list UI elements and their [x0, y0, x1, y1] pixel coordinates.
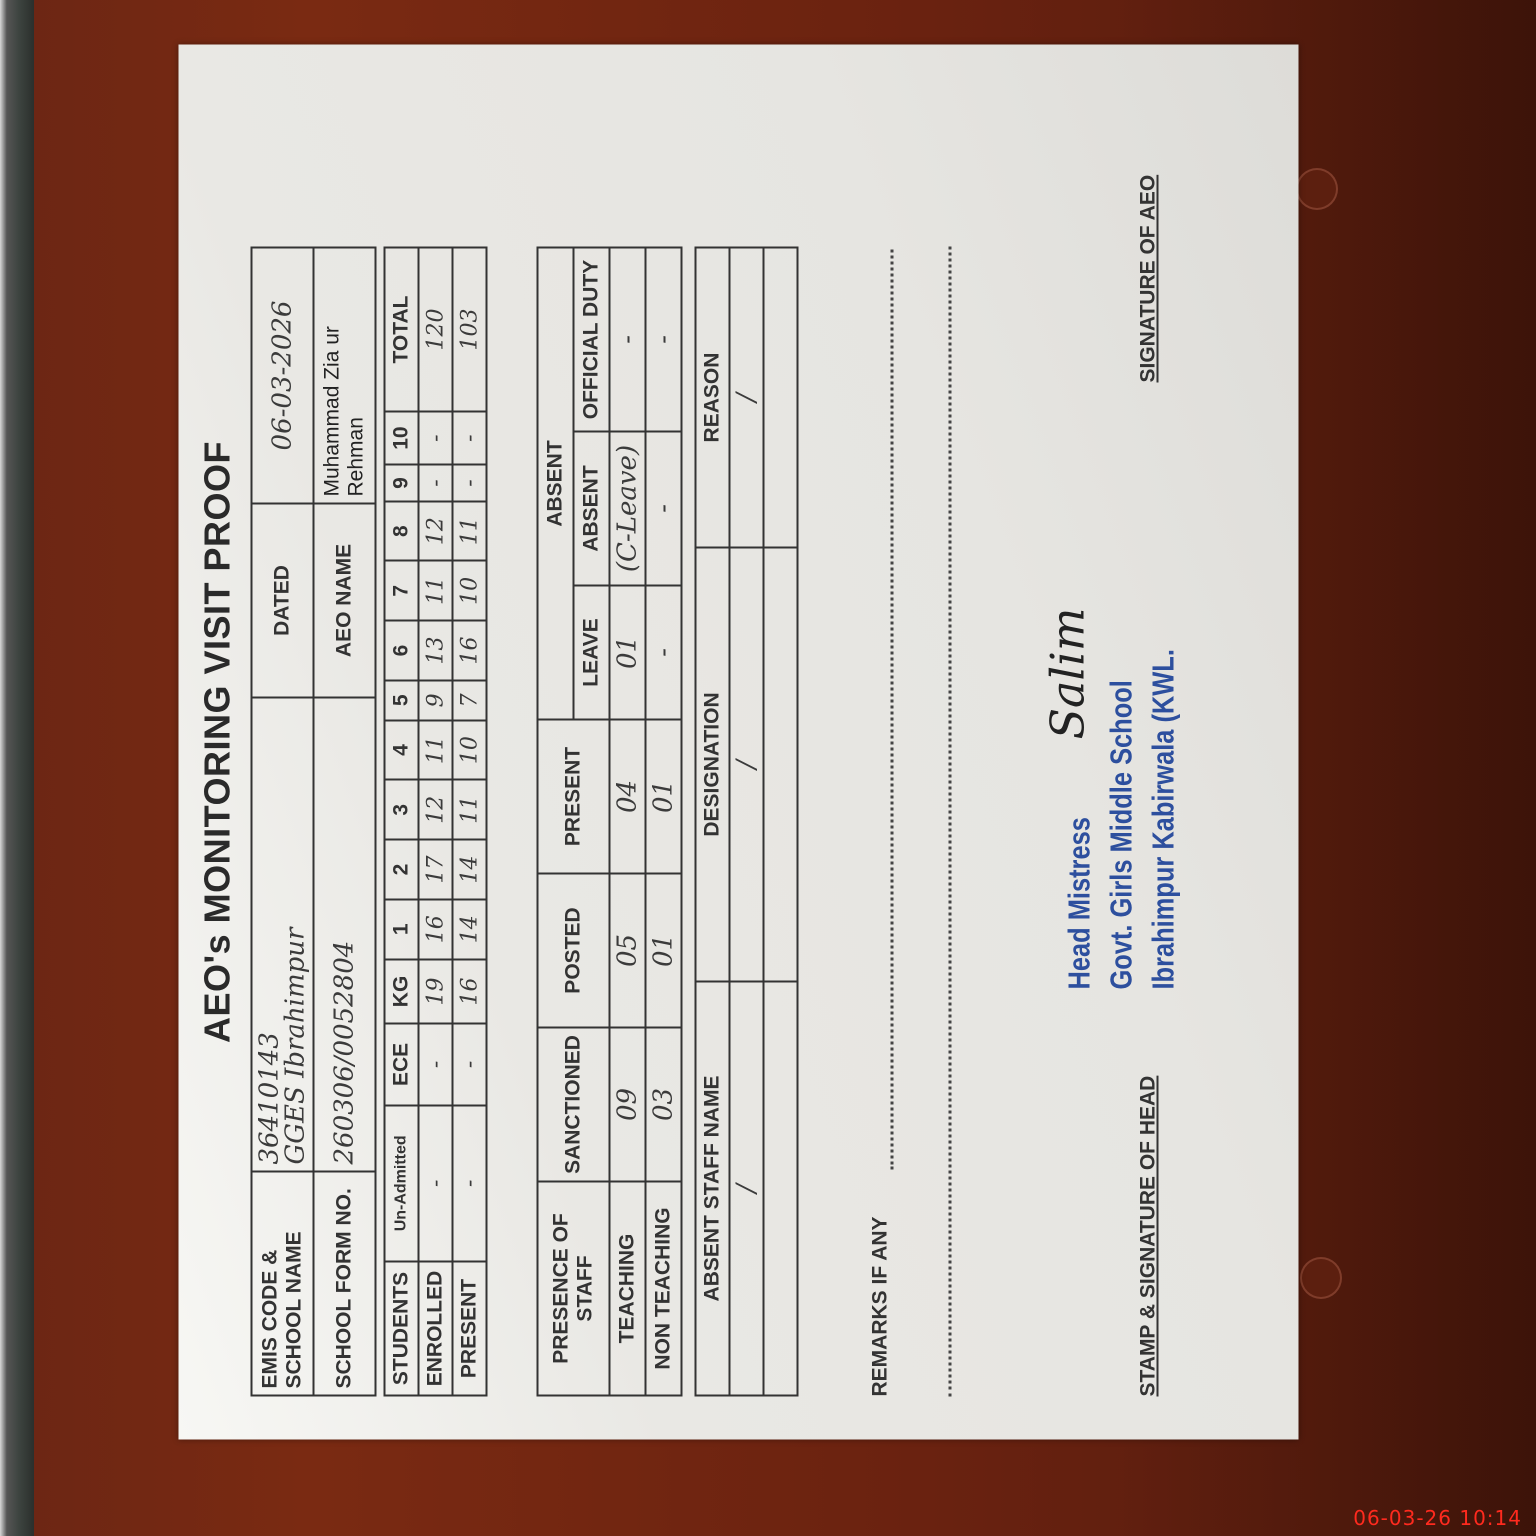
students-cell: 19: [419, 959, 453, 1024]
absent-col-reason: REASON: [696, 248, 730, 548]
school-form-value: 260306/0052804: [314, 698, 376, 1172]
staff-col-posted: POSTED: [538, 874, 610, 1028]
emis-label: EMIS CODE & SCHOOL NAME: [252, 1172, 314, 1396]
students-cell: 11: [453, 501, 487, 561]
absent-name-cell: [764, 982, 798, 1396]
table-row: [764, 248, 798, 1396]
staff-col-sanctioned: SANCTIONED: [538, 1028, 610, 1182]
students-col-header: ECE: [385, 1024, 419, 1105]
absent-reason-cell: [764, 248, 798, 548]
clipboard-rivet: [1296, 168, 1338, 210]
aeo-name-label: AEO NAME: [314, 504, 376, 698]
students-cell: -: [453, 465, 487, 502]
students-row-label: ENROLLED: [419, 1262, 453, 1396]
staff-sanctioned: 03: [646, 1028, 682, 1182]
absent-designation-cell: /: [730, 548, 764, 982]
staff-col-present: PRESENT: [538, 720, 610, 874]
students-cell: 17: [419, 840, 453, 900]
table-row: / / /: [730, 248, 764, 1396]
staff-leave: 01: [610, 586, 646, 720]
students-col-header: 1: [385, 899, 419, 959]
staff-present: 01: [646, 720, 682, 874]
students-cell: 10: [453, 720, 487, 780]
students-col-header: TOTAL: [385, 248, 419, 412]
students-cell: 7: [453, 680, 487, 720]
students-cell: -: [419, 465, 453, 502]
school-name: GGES Ibrahimpur: [281, 928, 311, 1165]
students-col-header: 4: [385, 720, 419, 780]
absent-staff-table: ABSENT STAFF NAME DESIGNATION REASON / /…: [695, 247, 799, 1397]
staff-row-label: NON TEACHING: [646, 1182, 682, 1396]
students-col-header: Un-Admitted: [385, 1105, 419, 1261]
staff-row: NON TEACHING 03 01 01 - - -: [646, 248, 682, 1396]
staff-col-absent: ABSENT: [538, 248, 574, 720]
clipboard-edge: [0, 0, 34, 1536]
staff-sanctioned: 09: [610, 1028, 646, 1182]
dated-label: DATED: [252, 504, 314, 698]
stamp-line: Ibrahimpur Kabirwala (KWL.: [1143, 649, 1185, 989]
students-col-header: 2: [385, 840, 419, 900]
students-row: PRESENT--16141411107161011--103: [453, 248, 487, 1396]
students-cell: 16: [419, 899, 453, 959]
students-cell: 16: [453, 959, 487, 1024]
aeo-name-value: Muhammad Zia ur Rehman: [314, 248, 376, 504]
remarks-label: REMARKS IF ANY: [869, 1216, 893, 1396]
absent-designation-cell: [764, 548, 798, 982]
stamp-line: Govt. Girls Middle School: [1101, 649, 1143, 989]
staff-official-duty: -: [610, 248, 646, 432]
students-col-header: KG: [385, 959, 419, 1024]
staff-absent: (C-Leave): [610, 432, 646, 586]
students-cell: 9: [419, 680, 453, 720]
students-cell: -: [453, 412, 487, 465]
dated-value: 06-03-2026: [252, 248, 314, 504]
students-cell: -: [419, 1024, 453, 1105]
staff-row-label: TEACHING: [610, 1182, 646, 1396]
staff-subcol-absent: ABSENT: [574, 432, 610, 586]
staff-table: PRESENCE OF STAFF SANCTIONED POSTED PRES…: [537, 247, 683, 1397]
students-col-header: 9: [385, 465, 419, 502]
students-cell: -: [419, 1105, 453, 1261]
staff-posted: 05: [610, 874, 646, 1028]
students-cell: 14: [453, 840, 487, 900]
students-row: ENROLLED--19161712119131112--120: [419, 248, 453, 1396]
students-cell: 10: [453, 561, 487, 621]
absent-col-name: ABSENT STAFF NAME: [696, 982, 730, 1396]
school-form-label: SCHOOL FORM NO.: [314, 1172, 376, 1396]
clipboard-rivet: [1300, 1257, 1342, 1299]
students-col-header: STUDENTS: [385, 1262, 419, 1396]
absent-name-cell: /: [730, 982, 764, 1396]
students-cell: 103: [453, 248, 487, 412]
staff-posted: 01: [646, 874, 682, 1028]
remarks-line: [891, 250, 894, 1170]
remarks-line: [949, 247, 952, 1397]
students-row-label: PRESENT: [453, 1262, 487, 1396]
students-cell: 11: [419, 561, 453, 621]
head-signature: Salim: [1041, 608, 1095, 740]
staff-absent: -: [646, 432, 682, 586]
form-paper: AEO's MONITORING VISIT PROOF EMIS CODE &…: [179, 45, 1299, 1440]
school-info-table: EMIS CODE & SCHOOL NAME 36410143 GGES Ib…: [251, 247, 377, 1397]
students-cell: 120: [419, 248, 453, 412]
students-col-header: 5: [385, 680, 419, 720]
staff-subcol-official-duty: OFFICIAL DUTY: [574, 248, 610, 432]
staff-leave: -: [646, 586, 682, 720]
staff-official-duty: -: [646, 248, 682, 432]
students-cell: -: [453, 1105, 487, 1261]
students-col-header: 10: [385, 412, 419, 465]
staff-present: 04: [610, 720, 646, 874]
students-cell: 11: [419, 720, 453, 780]
students-col-header: 8: [385, 501, 419, 561]
students-cell: 14: [453, 899, 487, 959]
students-cell: -: [453, 1024, 487, 1105]
signature-aeo-label: SIGNATURE OF AEO: [1137, 175, 1161, 383]
staff-subcol-leave: LEAVE: [574, 586, 610, 720]
absent-col-designation: DESIGNATION: [696, 548, 730, 982]
form-title: AEO's MONITORING VISIT PROOF: [197, 45, 239, 1440]
students-cell: 12: [419, 501, 453, 561]
absent-reason-cell: /: [730, 248, 764, 548]
students-cell: 11: [453, 780, 487, 840]
students-table: STUDENTSUn-AdmittedECEKG12345678910TOTAL…: [384, 247, 488, 1397]
emis-value: 36410143 GGES Ibrahimpur: [252, 698, 314, 1172]
staff-col-presence: PRESENCE OF STAFF: [538, 1182, 610, 1396]
students-cell: 16: [453, 621, 487, 681]
photo-timestamp: 06-03-26 10:14: [1353, 1506, 1522, 1530]
stamp-signature-head-label: STAMP & SIGNATURE OF HEAD: [1137, 1076, 1161, 1397]
students-col-header: 7: [385, 561, 419, 621]
students-cell: 12: [419, 780, 453, 840]
students-col-header: 6: [385, 621, 419, 681]
students-cell: -: [419, 412, 453, 465]
staff-row: TEACHING 09 05 04 01 (C-Leave) -: [610, 248, 646, 1396]
students-cell: 13: [419, 621, 453, 681]
students-col-header: 3: [385, 780, 419, 840]
